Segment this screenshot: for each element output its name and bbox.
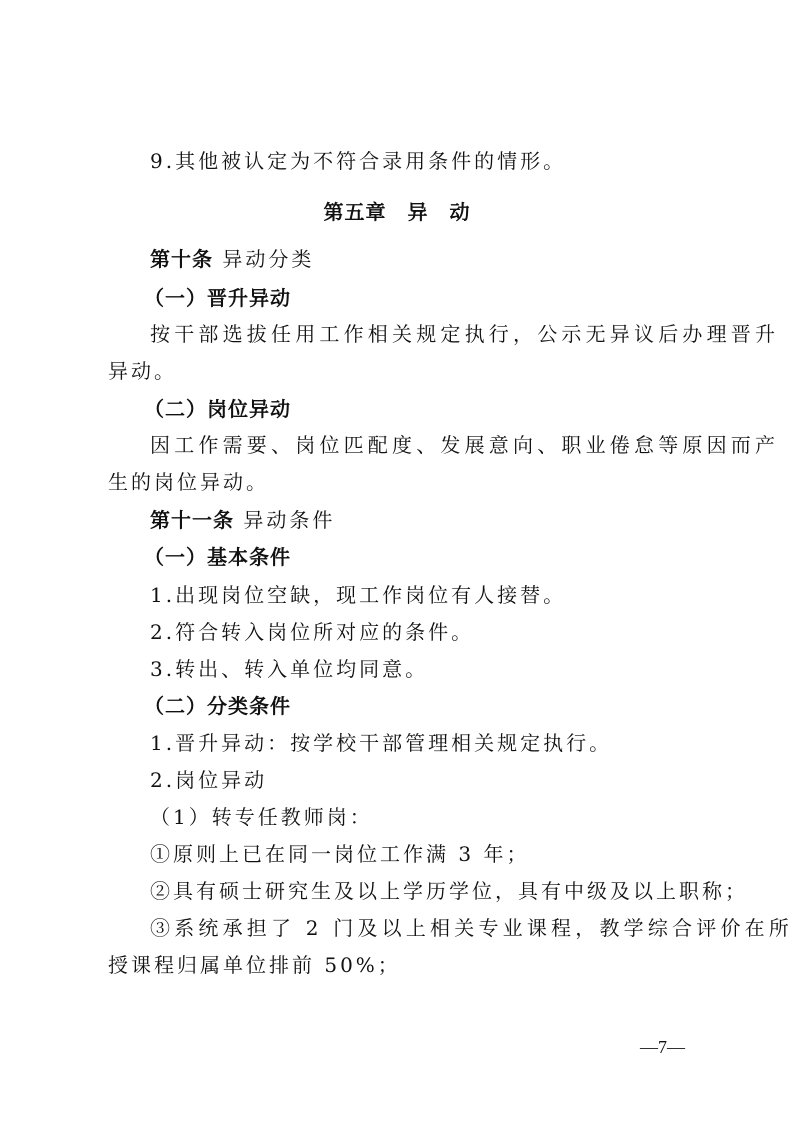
criterion-2: ②具有硕士研究生及以上学历学位，具有中级及以上职称； xyxy=(150,878,748,904)
chapter-title: 第五章 异 动 xyxy=(0,199,794,225)
sub-item-1: （1）转专任教师岗： xyxy=(150,804,373,830)
paragraph-position-line2: 生的岗位异动。 xyxy=(108,469,269,495)
paragraph-position-line1: 因工作需要、岗位匹配度、发展意向、职业倦怠等原因而产 xyxy=(150,432,779,458)
criterion-1: ①原则上已在同一岗位工作满 3 年； xyxy=(150,841,529,867)
article-title: 异动条件 xyxy=(234,508,335,532)
basic-condition-2: 2.符合转入岗位所对应的条件。 xyxy=(150,619,474,645)
paragraph-promotion-line2: 异动。 xyxy=(108,358,177,384)
category-condition-2: 2.岗位异动 xyxy=(150,767,267,793)
paragraph-item-9: 9.其他被认定为不符合录用条件的情形。 xyxy=(150,148,566,174)
paragraph-promotion-line1: 按干部选拔任用工作相关规定执行，公示无异议后办理晋升 xyxy=(150,321,779,347)
section-heading-basic: （一）基本条件 xyxy=(144,544,291,570)
category-condition-1: 1.晋升异动：按学校干部管理相关规定执行。 xyxy=(150,730,612,756)
article-11-heading: 第十一条 异动条件 xyxy=(150,507,335,533)
section-heading-position: （二）岗位异动 xyxy=(144,396,291,422)
article-title: 异动分类 xyxy=(213,247,314,271)
page-number: —7— xyxy=(640,1037,685,1058)
article-number: 第十条 xyxy=(150,247,213,271)
criterion-3-line2: 授课程归属单位排前 50%； xyxy=(108,952,401,978)
section-heading-promotion: （一）晋升异动 xyxy=(144,285,291,311)
document-page: 9.其他被认定为不符合录用条件的情形。 第五章 异 动 第十条 异动分类 （一）… xyxy=(0,0,794,1122)
criterion-3-line1: ③系统承担了 2 门及以上相关专业课程，教学综合评价在所 xyxy=(150,915,793,941)
basic-condition-1: 1.出现岗位空缺，现工作岗位有人接替。 xyxy=(150,582,566,608)
article-number: 第十一条 xyxy=(150,508,234,532)
section-heading-category: （二）分类条件 xyxy=(144,693,291,719)
basic-condition-3: 3.转出、转入单位均同意。 xyxy=(150,656,428,682)
article-10-heading: 第十条 异动分类 xyxy=(150,246,314,272)
